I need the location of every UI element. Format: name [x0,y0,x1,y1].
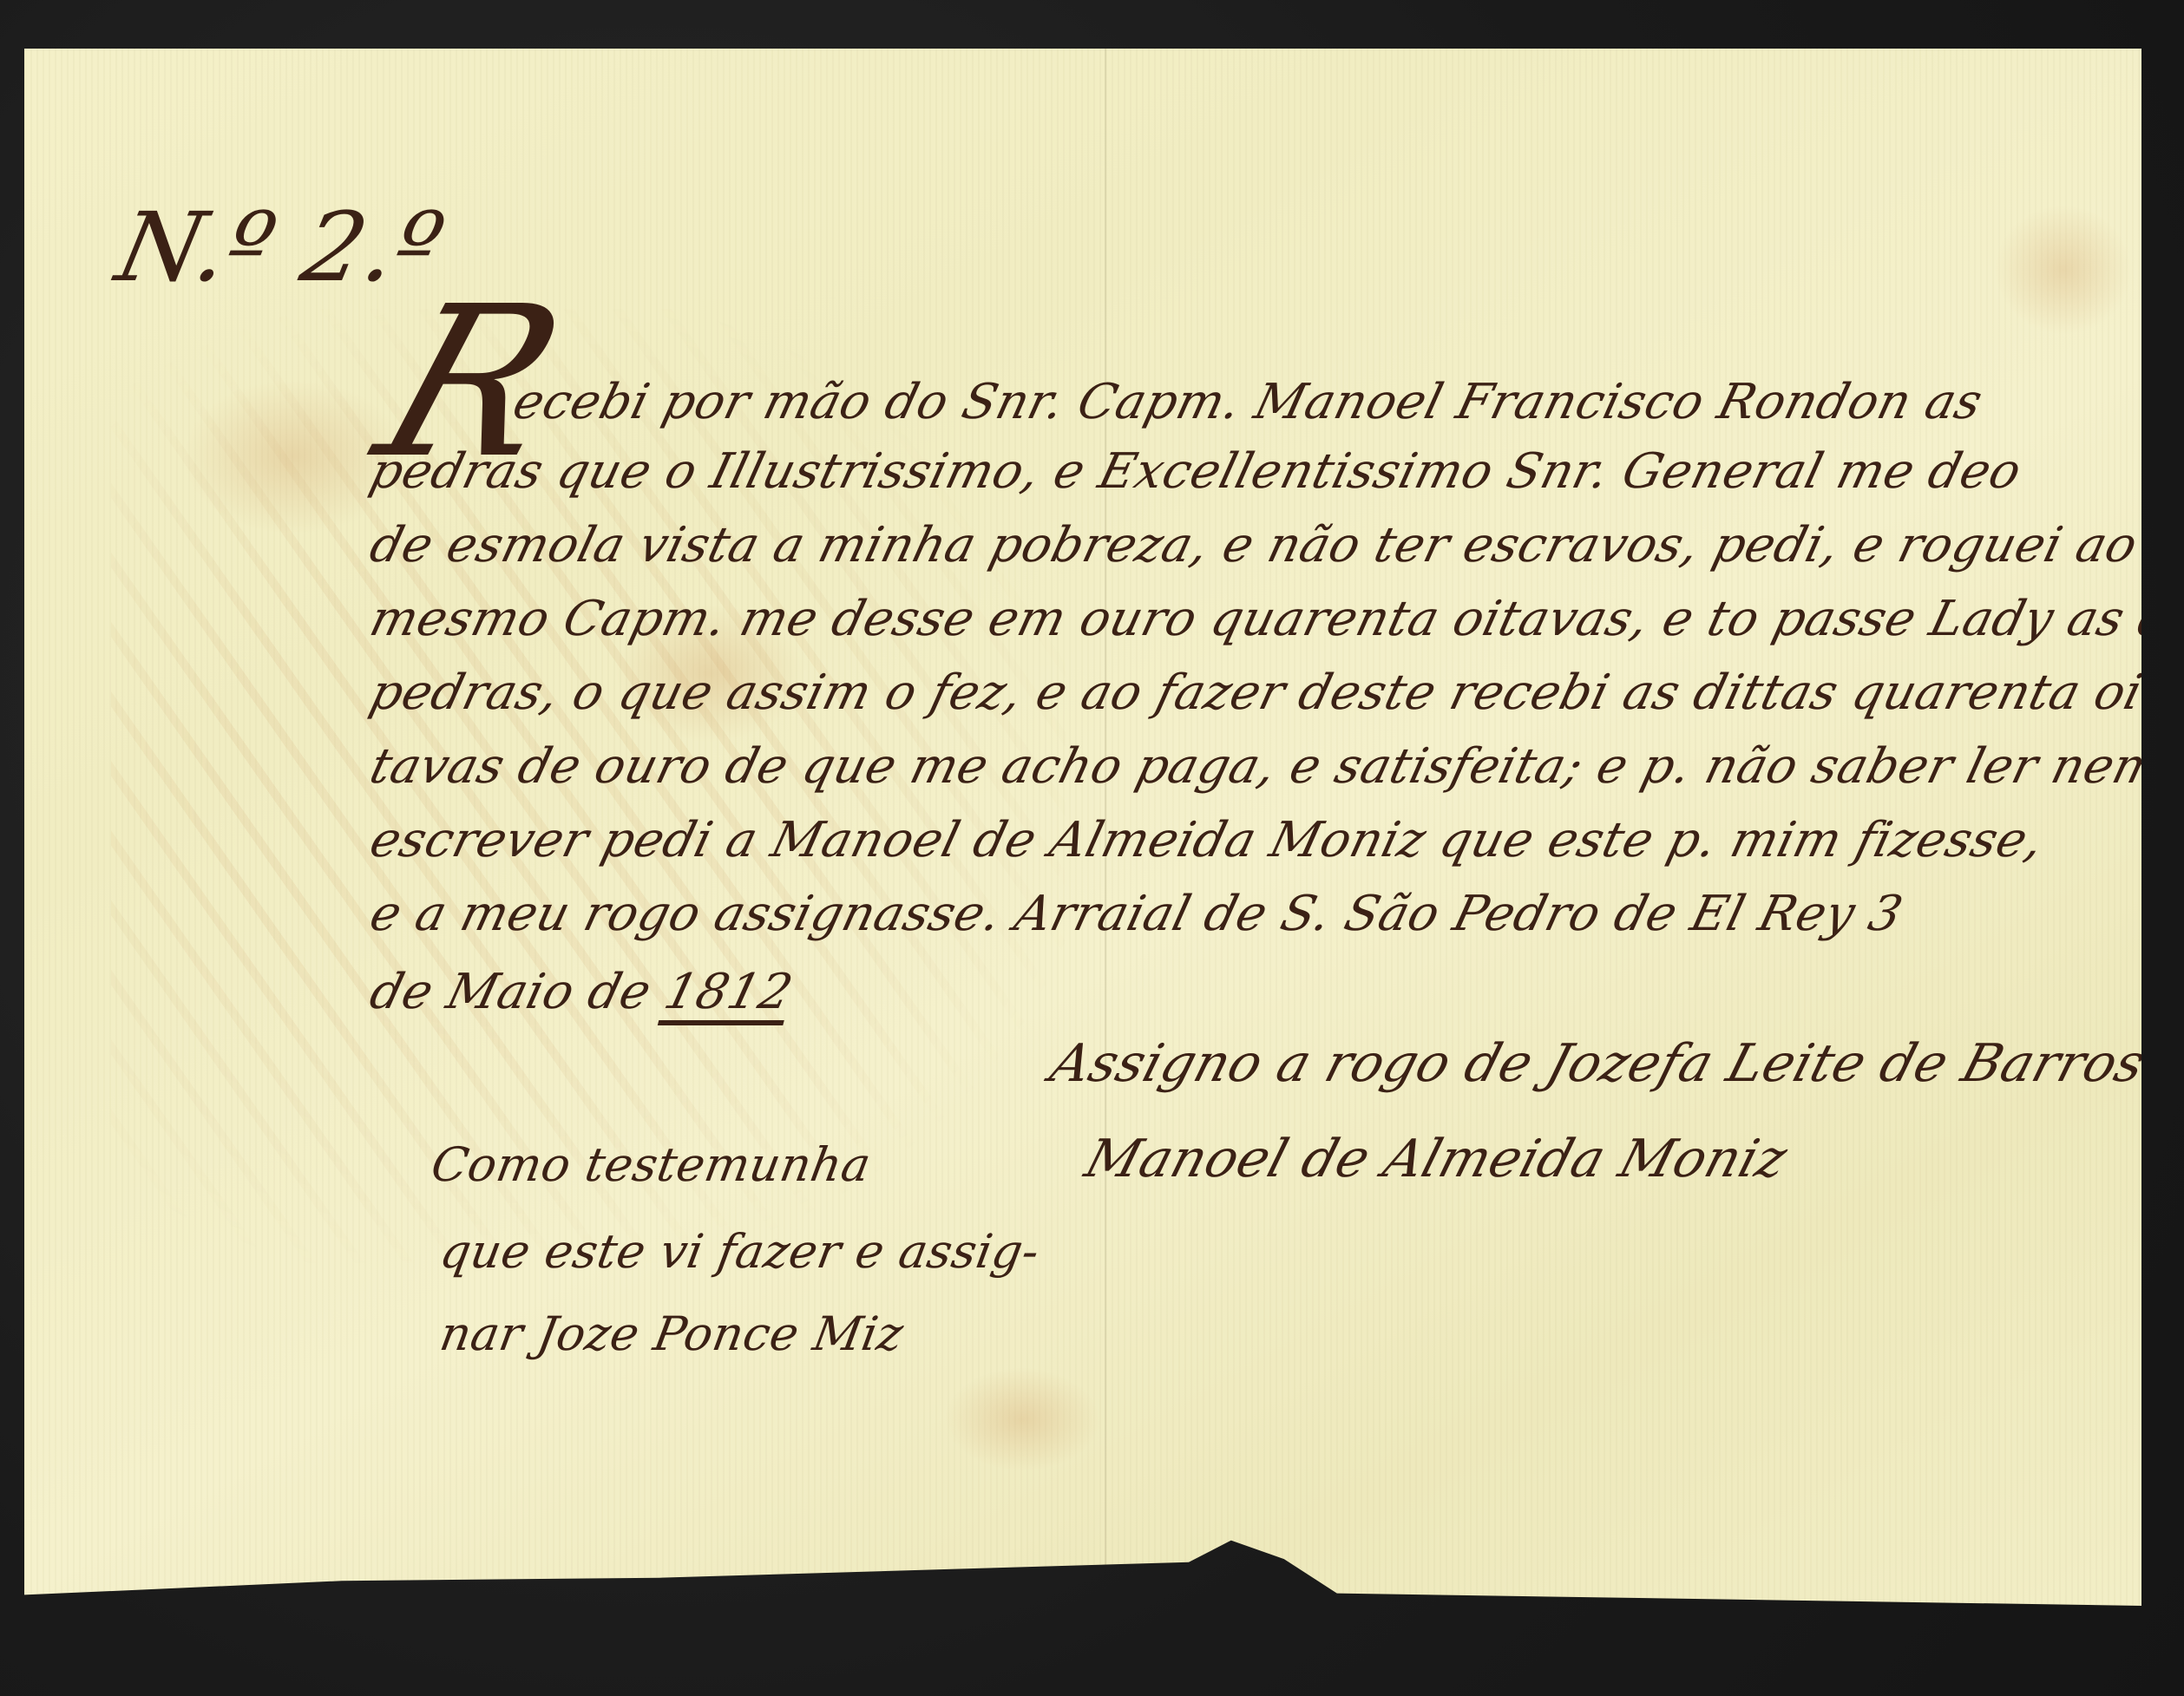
body-line-6: tavas de ouro de que me acho paga, e sat… [365,743,2166,791]
date-year: 1812 [659,964,798,1020]
signature-line-2: Manoel de Almeida Moniz [1079,1129,1794,1189]
water-stain [944,1367,1100,1471]
document-number: N.º 2.º [108,192,453,303]
witness-line-1: Como testemunha [427,1137,875,1192]
body-line-4: mesmo Capm. me desse em ouro quarenta oi… [365,595,2184,644]
body-line-8: e a meu rogo assignasse. Arraial de S. S… [365,890,1907,939]
signature-line-1: Assigno a rogo de Jozefa Leite de Barros [1044,1033,2152,1094]
body-line-2: pedras que o Illustrissimo, e Excellenti… [365,448,2026,496]
witness-line-2: que este vi fazer e assig- [436,1224,1043,1279]
witness-signature: nar Joze Ponce Miz [436,1306,908,1361]
manuscript-page: N.º 2.º R ecebi por mão do Snr. Capm. Ma… [24,49,2141,1606]
date-prefix: de Maio de [364,964,657,1020]
body-line-3: de esmola vista a minha pobreza, e não t… [365,521,2142,570]
date-line: de Maio de 1812 [365,968,797,1017]
body-line-5: pedras, o que assim o fez, e ao fazer de… [365,669,2164,717]
body-line-7: escrever pedi a Manoel de Almeida Moniz … [365,816,2048,865]
water-stain [1994,205,2133,335]
body-line-1: ecebi por mão do Snr. Capm. Manoel Franc… [508,378,1987,427]
